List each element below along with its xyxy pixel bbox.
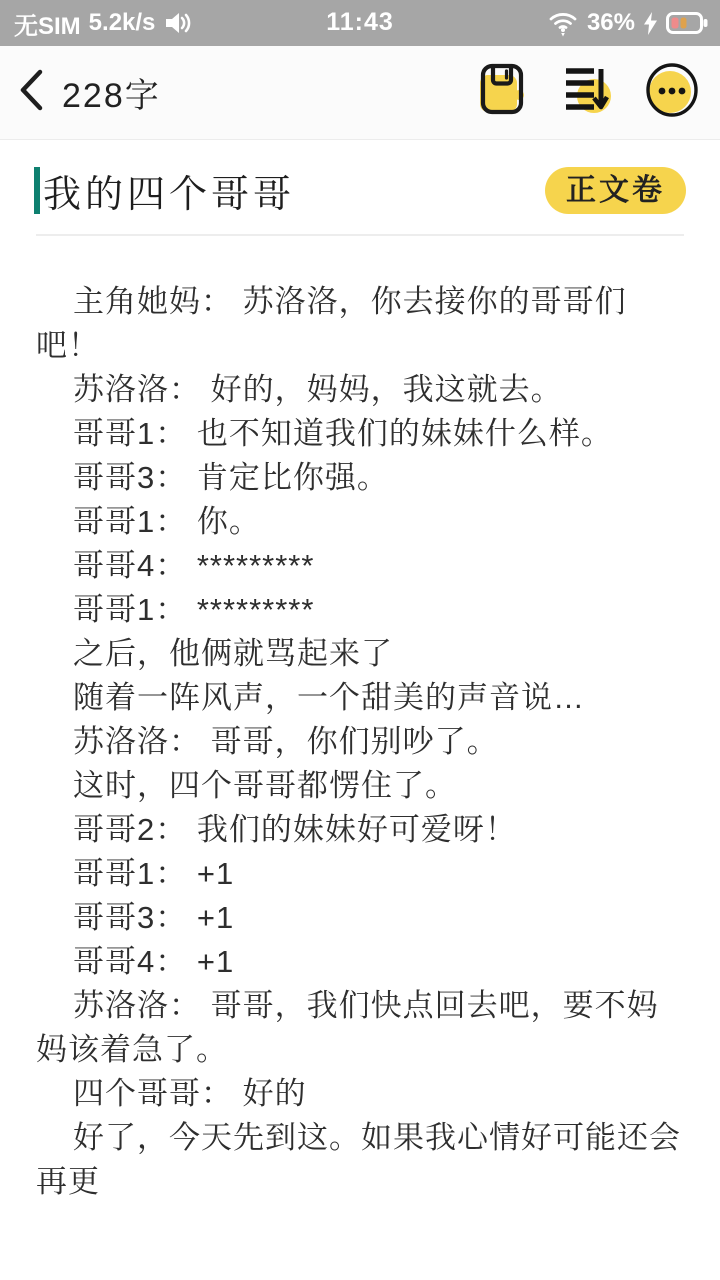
carrier-label: 无SIM	[14, 6, 81, 41]
paragraph: 苏洛洛： 好的，妈妈，我这就去。	[36, 368, 684, 412]
back-chevron-icon	[16, 67, 46, 118]
paragraph: 好了，今天先到这。如果我心情好可能还会再更	[36, 1116, 684, 1204]
battery-icon	[666, 12, 708, 34]
volume-badge[interactable]: 正文卷	[545, 167, 686, 214]
paragraph: 哥哥1： 你。	[36, 500, 684, 544]
chapter-title-input[interactable]: 我的四个哥哥	[43, 163, 545, 218]
lightning-icon	[643, 11, 658, 36]
paragraph: 哥哥3： +1	[36, 896, 684, 940]
save-button[interactable]	[476, 62, 528, 124]
status-bar: 无SIM 5.2k/s 11:43 36%	[0, 0, 720, 46]
paragraph: 哥哥1： *********	[36, 588, 684, 632]
paragraph: 苏洛洛： 哥哥，我们快点回去吧，要不妈妈该着急了。	[36, 984, 684, 1072]
more-ellipsis-icon	[645, 62, 699, 123]
battery-percent-label: 36%	[587, 9, 635, 37]
title-row: 我的四个哥哥 正文卷	[34, 164, 686, 216]
paragraph: 主角她妈： 苏洛洛，你去接你的哥哥们吧！	[36, 280, 684, 368]
clock: 11:43	[326, 8, 394, 37]
paragraph: 四个哥哥： 好的	[36, 1072, 684, 1116]
text-caret	[34, 167, 40, 214]
sort-list-icon	[561, 59, 613, 126]
network-speed-label: 5.2k/s	[89, 9, 156, 37]
back-button[interactable]	[16, 68, 50, 118]
paragraph: 哥哥1： 也不知道我们的妹妹什么样。	[36, 412, 684, 456]
paragraph: 哥哥4： +1	[36, 940, 684, 984]
chapter-sort-button[interactable]	[561, 62, 613, 124]
paragraph: 哥哥2： 我们的妹妹好可爱呀！	[36, 808, 684, 852]
paragraph: 哥哥4： *********	[36, 544, 684, 588]
more-button[interactable]	[646, 62, 698, 124]
paragraph: 哥哥1： +1	[36, 852, 684, 896]
note-body-editor[interactable]: 主角她妈： 苏洛洛，你去接你的哥哥们吧！苏洛洛： 好的，妈妈，我这就去。哥哥1：…	[0, 236, 720, 1204]
paragraph: 之后，他俩就骂起来了	[36, 632, 684, 676]
paragraph: 苏洛洛： 哥哥，你们别吵了。	[36, 720, 684, 764]
paragraph: 随着一阵风声，一个甜美的声音说…	[36, 676, 684, 720]
wifi-icon	[547, 9, 579, 37]
paragraph: 这时，四个哥哥都愣住了。	[36, 764, 684, 808]
toolbar: 228字	[0, 46, 720, 140]
save-icon	[476, 59, 528, 126]
word-count-label: 228字	[62, 68, 161, 117]
speaker-icon	[163, 10, 191, 36]
paragraph: 哥哥3： 肯定比你强。	[36, 456, 684, 500]
